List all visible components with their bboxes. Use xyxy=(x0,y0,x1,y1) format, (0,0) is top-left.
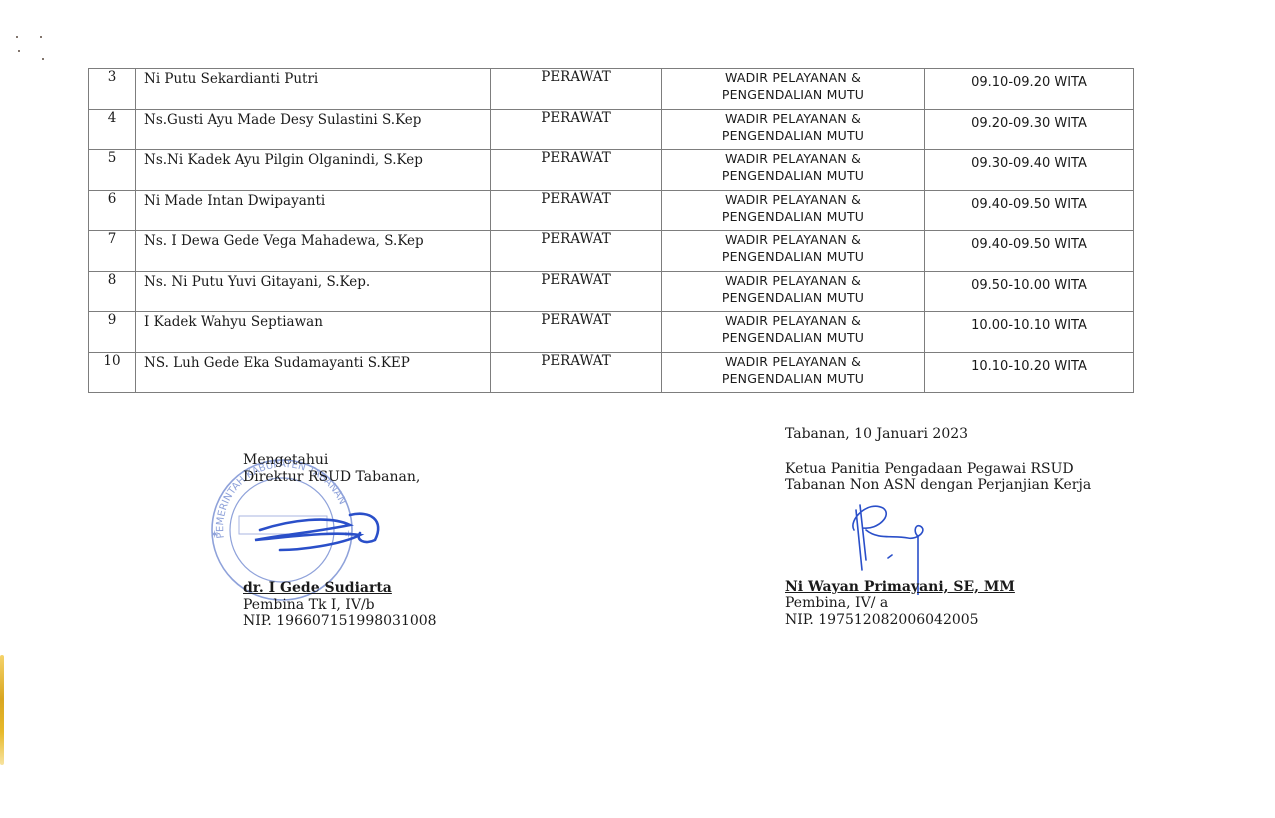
chair-title-line1: Ketua Panitia Pengadaan Pegawai RSUD xyxy=(785,461,1091,478)
unit-cell: WADIR PELAYANAN &PENGENDALIAN MUTU xyxy=(662,231,925,272)
table-row: 7 Ns. I Dewa Gede Vega Mahadewa, S.Kep P… xyxy=(89,231,1134,272)
participant-name: I Kadek Wahyu Septiawan xyxy=(136,312,491,353)
participant-name: Ns. Ni Putu Yuvi Gitayani, S.Kep. xyxy=(136,271,491,312)
unit-cell: WADIR PELAYANAN &PENGENDALIAN MUTU xyxy=(662,69,925,110)
table-row: 8 Ns. Ni Putu Yuvi Gitayani, S.Kep. PERA… xyxy=(89,271,1134,312)
unit-line-1: WADIR PELAYANAN & xyxy=(662,312,924,329)
row-number: 8 xyxy=(89,271,136,312)
unit-line-1: WADIR PELAYANAN & xyxy=(662,150,924,167)
director-name: dr. I Gede Sudiarta xyxy=(243,580,437,597)
scan-specks xyxy=(10,30,50,70)
unit-cell: WADIR PELAYANAN &PENGENDALIAN MUTU xyxy=(662,109,925,150)
scan-edge-mark xyxy=(0,655,4,765)
participant-name: NS. Luh Gede Eka Sudamayanti S.KEP xyxy=(136,352,491,393)
participant-name: Ni Made Intan Dwipayanti xyxy=(136,190,491,231)
unit-line-2: PENGENDALIAN MUTU xyxy=(662,248,924,265)
participant-name: Ns.Gusti Ayu Made Desy Sulastini S.Kep xyxy=(136,109,491,150)
unit-line-1: WADIR PELAYANAN & xyxy=(662,353,924,370)
unit-line-2: PENGENDALIAN MUTU xyxy=(662,86,924,103)
row-number: 4 xyxy=(89,109,136,150)
interview-schedule-table: 3 Ni Putu Sekardianti Putri PERAWAT WADI… xyxy=(88,68,1134,393)
director-nip: NIP. 196607151998031008 xyxy=(243,613,437,630)
place-date: Tabanan, 10 Januari 2023 xyxy=(785,426,1091,443)
unit-line-2: PENGENDALIAN MUTU xyxy=(662,329,924,346)
position-cell: PERAWAT xyxy=(491,109,662,150)
unit-line-1: WADIR PELAYANAN & xyxy=(662,272,924,289)
participant-name: Ns.Ni Kadek Ayu Pilgin Olganindi, S.Kep xyxy=(136,150,491,191)
table-row: 5 Ns.Ni Kadek Ayu Pilgin Olganindi, S.Ke… xyxy=(89,150,1134,191)
table-row: 3 Ni Putu Sekardianti Putri PERAWAT WADI… xyxy=(89,69,1134,110)
position-cell: PERAWAT xyxy=(491,150,662,191)
table-row: 4 Ns.Gusti Ayu Made Desy Sulastini S.Kep… xyxy=(89,109,1134,150)
row-number: 7 xyxy=(89,231,136,272)
chair-name: Ni Wayan Primayani, SE, MM xyxy=(785,579,1091,596)
unit-cell: WADIR PELAYANAN &PENGENDALIAN MUTU xyxy=(662,150,925,191)
row-number: 5 xyxy=(89,150,136,191)
time-slot: 09.20-09.30 WITA xyxy=(925,109,1134,150)
unit-line-2: PENGENDALIAN MUTU xyxy=(662,167,924,184)
table-row: 10 NS. Luh Gede Eka Sudamayanti S.KEP PE… xyxy=(89,352,1134,393)
chair-nip: NIP. 197512082006042005 xyxy=(785,612,1091,629)
signature-block-chair: Tabanan, 10 Januari 2023 Ketua Panitia P… xyxy=(785,426,1091,628)
time-slot: 10.00-10.10 WITA xyxy=(925,312,1134,353)
position-cell: PERAWAT xyxy=(491,312,662,353)
time-slot: 09.10-09.20 WITA xyxy=(925,69,1134,110)
position-cell: PERAWAT xyxy=(491,190,662,231)
participant-name: Ni Putu Sekardianti Putri xyxy=(136,69,491,110)
unit-line-1: WADIR PELAYANAN & xyxy=(662,231,924,248)
unit-line-1: WADIR PELAYANAN & xyxy=(662,110,924,127)
unit-line-2: PENGENDALIAN MUTU xyxy=(662,127,924,144)
row-number: 10 xyxy=(89,352,136,393)
time-slot: 09.40-09.50 WITA xyxy=(925,190,1134,231)
position-cell: PERAWAT xyxy=(491,352,662,393)
row-number: 9 xyxy=(89,312,136,353)
time-slot: 09.40-09.50 WITA xyxy=(925,231,1134,272)
signature-block-director: Mengetahui Direktur RSUD Tabanan, dr. I … xyxy=(243,452,437,630)
unit-cell: WADIR PELAYANAN &PENGENDALIAN MUTU xyxy=(662,190,925,231)
unit-line-2: PENGENDALIAN MUTU xyxy=(662,208,924,225)
time-slot: 09.50-10.00 WITA xyxy=(925,271,1134,312)
unit-line-2: PENGENDALIAN MUTU xyxy=(662,370,924,387)
position-cell: PERAWAT xyxy=(491,231,662,272)
svg-text:✶: ✶ xyxy=(210,528,219,541)
participant-name: Ns. I Dewa Gede Vega Mahadewa, S.Kep xyxy=(136,231,491,272)
chair-rank: Pembina, IV/ a xyxy=(785,595,1091,612)
unit-line-1: WADIR PELAYANAN & xyxy=(662,69,924,86)
unit-cell: WADIR PELAYANAN &PENGENDALIAN MUTU xyxy=(662,312,925,353)
time-slot: 10.10-10.20 WITA xyxy=(925,352,1134,393)
position-cell: PERAWAT xyxy=(491,69,662,110)
row-number: 6 xyxy=(89,190,136,231)
table-row: 6 Ni Made Intan Dwipayanti PERAWAT WADIR… xyxy=(89,190,1134,231)
director-rank: Pembina Tk I, IV/b xyxy=(243,597,437,614)
unit-line-1: WADIR PELAYANAN & xyxy=(662,191,924,208)
unit-cell: WADIR PELAYANAN &PENGENDALIAN MUTU xyxy=(662,352,925,393)
position-cell: PERAWAT xyxy=(491,271,662,312)
director-title: Direktur RSUD Tabanan, xyxy=(243,469,437,486)
unit-line-2: PENGENDALIAN MUTU xyxy=(662,289,924,306)
acknowledged-label: Mengetahui xyxy=(243,452,437,469)
unit-cell: WADIR PELAYANAN &PENGENDALIAN MUTU xyxy=(662,271,925,312)
row-number: 3 xyxy=(89,69,136,110)
table-row: 9 I Kadek Wahyu Septiawan PERAWAT WADIR … xyxy=(89,312,1134,353)
chair-title-line2: Tabanan Non ASN dengan Perjanjian Kerja xyxy=(785,477,1091,494)
time-slot: 09.30-09.40 WITA xyxy=(925,150,1134,191)
